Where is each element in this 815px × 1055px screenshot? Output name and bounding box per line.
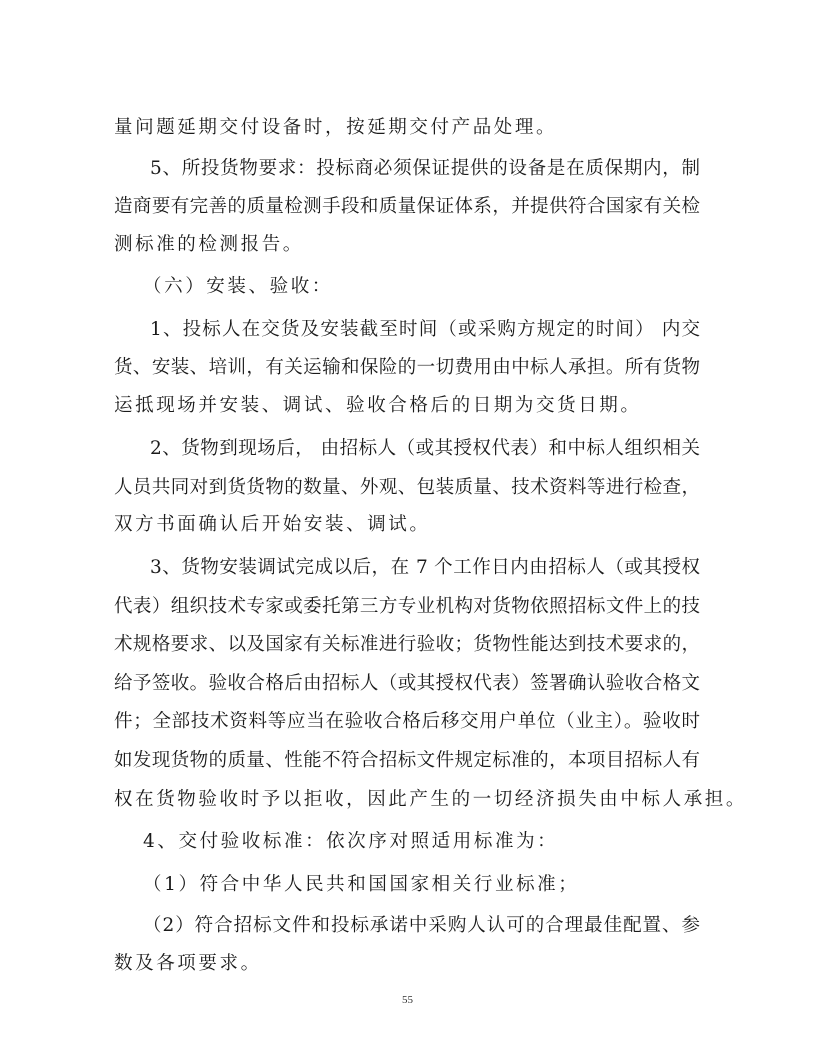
text-line-14: 术规格要求、以及国家有关标准进行验收；货物性能达到技术要求的， [114,633,700,657]
text-line-8: 运抵现场并安装、调试、验收合格后的日期为交货日期。 [114,394,700,418]
text-line-16: 件；全部技术资料等应当在验收合格后移交用户单位（业主）。验收时 [114,710,700,734]
text-line-22: 数及各项要求。 [114,952,700,976]
text-line-15: 给予签收。验收合格后由招标人（或其授权代表）签署确认验收合格文 [114,672,700,696]
text-line-19: 4、交付验收标准：依次序对照适用标准为： [143,830,700,854]
text-line-20: （1）符合中华人民共和国国家相关行业标准； [143,873,700,897]
section-heading-install-acceptance: （六）安装、验收： [143,275,700,299]
text-line-10: 人员共同对到货货物的数量、外观、包装质量、技术资料等进行检查， [114,476,700,500]
text-line-6: 1、投标人在交货及安装截至时间（或采购方规定的时间） 内交 [150,318,700,342]
page-number: 55 [0,994,815,1006]
text-line-11: 双方书面确认后开始安装、调试。 [114,513,700,537]
text-line-12: 3、货物安装调试完成以后，在 7 个工作日内由招标人（或其授权 [150,556,700,580]
text-line-17: 如发现货物的质量、性能不符合招标文件规定标准的，本项目招标人有 [114,749,700,773]
text-line-7: 货、安装、培训，有关运输和保险的一切费用由中标人承担。所有货物 [114,356,700,380]
text-line-2: 5、所投货物要求：投标商必须保证提供的设备是在质保期内，制 [150,157,700,181]
text-line-3: 造商要有完善的质量检测手段和质量保证体系，并提供符合国家有关检 [114,195,700,219]
document-page: 量问题延期交付设备时，按延期交付产品处理。 5、所投货物要求：投标商必须保证提供… [0,0,815,1055]
text-line-4: 测标准的检测报告。 [114,233,700,257]
text-line-18: 权在货物验收时予以拒收，因此产生的一切经济损失由中标人承担。 [114,788,700,812]
text-line-21: （2）符合招标文件和投标承诺中采购人认可的合理最佳配置、参 [143,914,700,938]
text-line-13: 代表）组织技术专家或委托第三方专业机构对货物依照招标文件上的技 [114,595,700,619]
text-line-1: 量问题延期交付设备时，按延期交付产品处理。 [114,116,700,140]
text-line-9: 2、货物到现场后， 由招标人（或其授权代表）和中标人组织相关 [150,437,700,461]
